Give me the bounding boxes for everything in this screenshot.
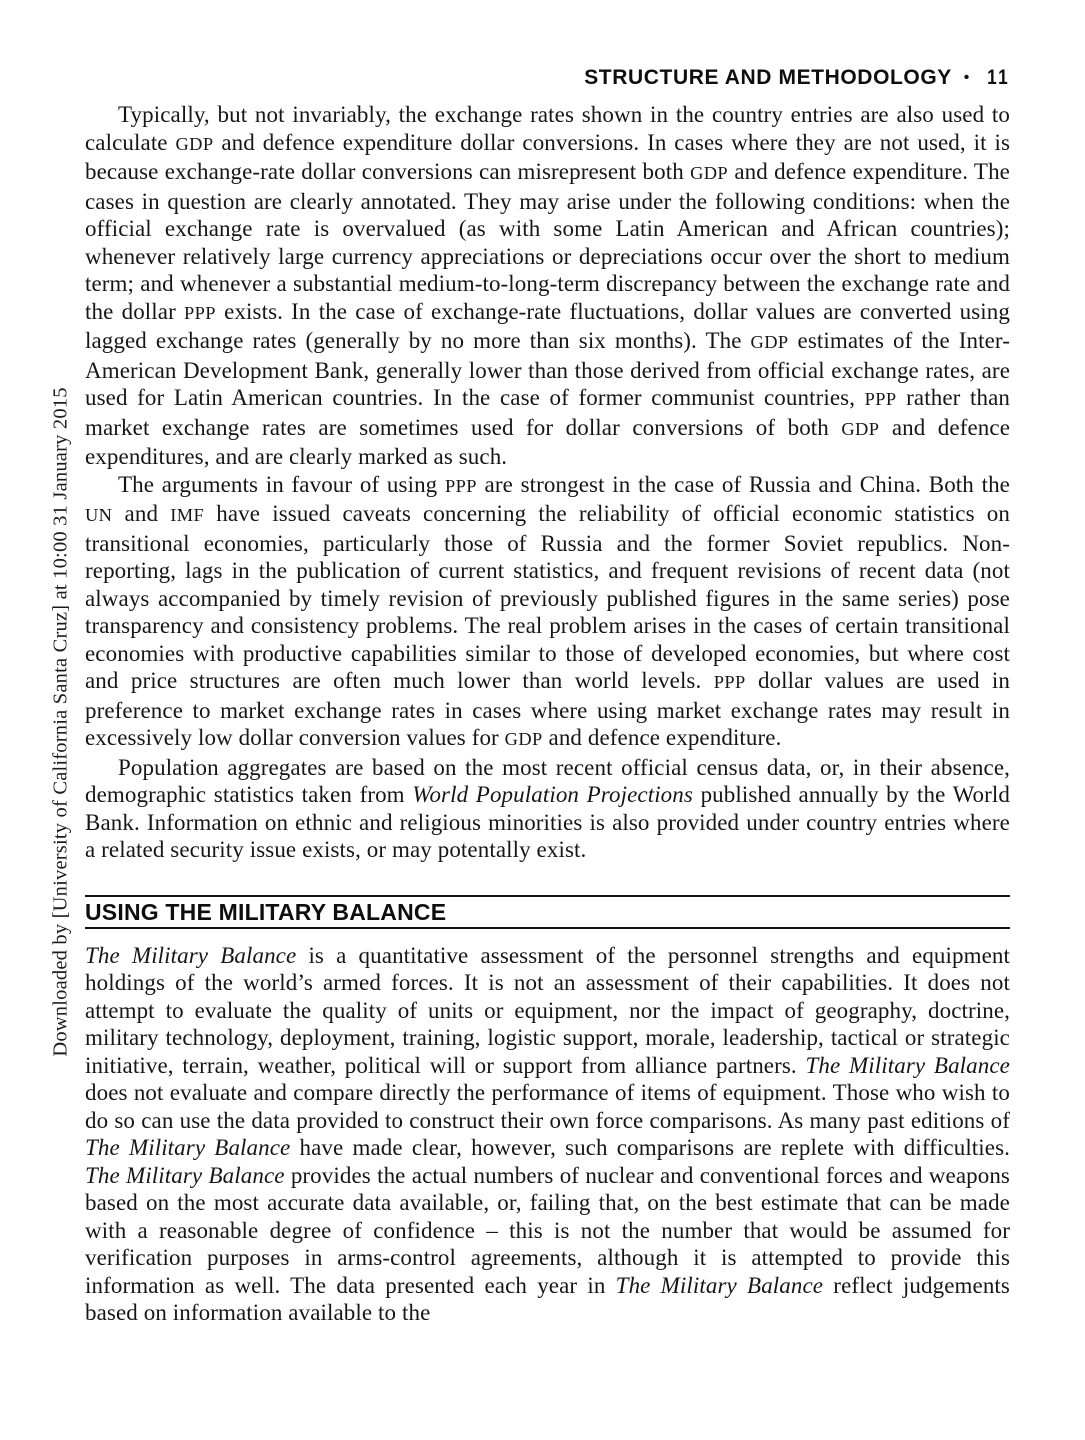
section-heading-block: USING THE MILITARY BALANCE: [85, 895, 1010, 929]
download-watermark: Downloaded by [University of California …: [50, 387, 73, 1056]
header-title: STRUCTURE AND METHODOLOGY: [584, 66, 952, 89]
section-heading: USING THE MILITARY BALANCE: [85, 900, 446, 925]
paragraph: The arguments in favour of using PPP are…: [85, 471, 1010, 754]
intro-paragraphs: Typically, but not invariably, the excha…: [85, 101, 1010, 864]
header-bullet-separator: •: [964, 69, 970, 86]
section-paragraphs: The Military Balance is a quantitative a…: [85, 942, 1010, 1327]
running-header: STRUCTURE AND METHODOLOGY•11: [85, 66, 1010, 90]
paragraph: The Military Balance is a quantitative a…: [85, 942, 1010, 1327]
document-page: STRUCTURE AND METHODOLOGY•11 Downloaded …: [0, 0, 1085, 1440]
section-heading-row: USING THE MILITARY BALANCE: [85, 900, 1010, 925]
paragraph: Typically, but not invariably, the excha…: [85, 101, 1010, 471]
text-column: Typically, but not invariably, the excha…: [85, 101, 1010, 1327]
page-number: 11: [987, 66, 1010, 90]
paragraph: Population aggregates are based on the m…: [85, 754, 1010, 864]
